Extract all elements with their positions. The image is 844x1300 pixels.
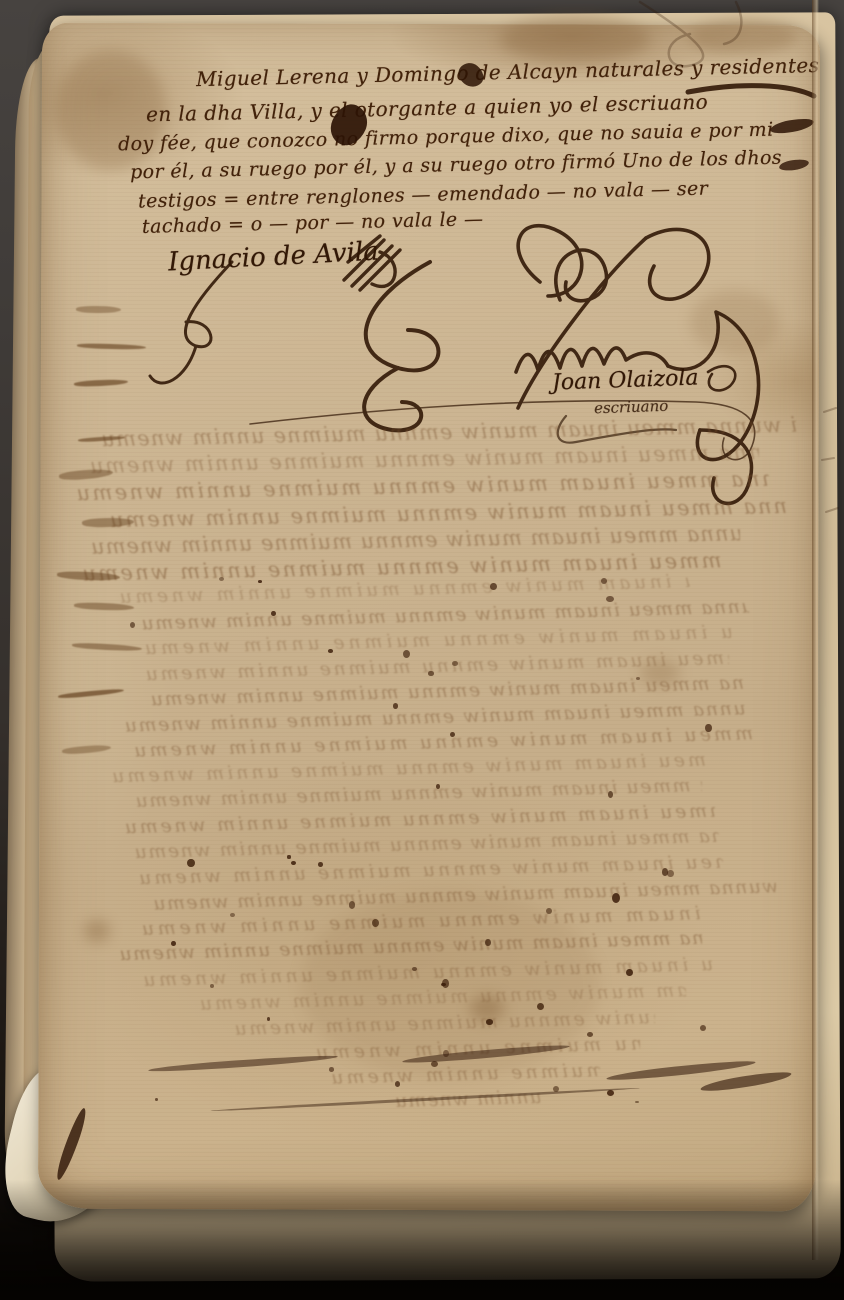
ink-spot <box>328 649 333 653</box>
ink-spot <box>395 1081 400 1087</box>
signature-joan-olaizola: Joan Olaizola <box>552 365 699 395</box>
ink-spot <box>287 855 291 858</box>
margin-bleed-mark <box>76 306 121 313</box>
ink-spot <box>667 870 673 877</box>
manuscript-photo: Miguel Lerena y Domingo de Alcayn natura… <box>0 0 844 1300</box>
paper-stain <box>84 920 110 942</box>
ink-spot <box>450 732 455 737</box>
ink-spot <box>485 939 491 946</box>
ink-spot <box>155 1098 158 1101</box>
ink-spot <box>372 919 379 927</box>
ink-spot <box>349 901 355 909</box>
ink-spot <box>130 622 135 628</box>
ink-spot <box>403 650 410 658</box>
ink-spot <box>546 908 552 914</box>
ink-spot <box>486 1019 493 1025</box>
ink-spot <box>705 724 712 733</box>
ink-spot <box>171 941 175 946</box>
ink-spot <box>601 578 607 584</box>
paper-stain <box>688 20 798 54</box>
ink-spot <box>187 859 195 867</box>
ink-spot <box>700 1025 706 1031</box>
ink-spot <box>318 862 323 867</box>
ink-spot <box>607 1090 614 1096</box>
ink-spot <box>329 1067 334 1071</box>
paper-stain <box>500 16 650 62</box>
ink-spot <box>428 671 433 676</box>
signature-role-escriuano: escriuano <box>594 397 669 418</box>
ink-spot <box>393 703 398 708</box>
ink-spot <box>587 1032 593 1037</box>
paper-stain <box>690 290 780 354</box>
photo-vignette <box>0 1180 844 1300</box>
ink-spot <box>442 979 449 988</box>
page-crease <box>812 0 819 1260</box>
ink-spot <box>271 611 276 616</box>
